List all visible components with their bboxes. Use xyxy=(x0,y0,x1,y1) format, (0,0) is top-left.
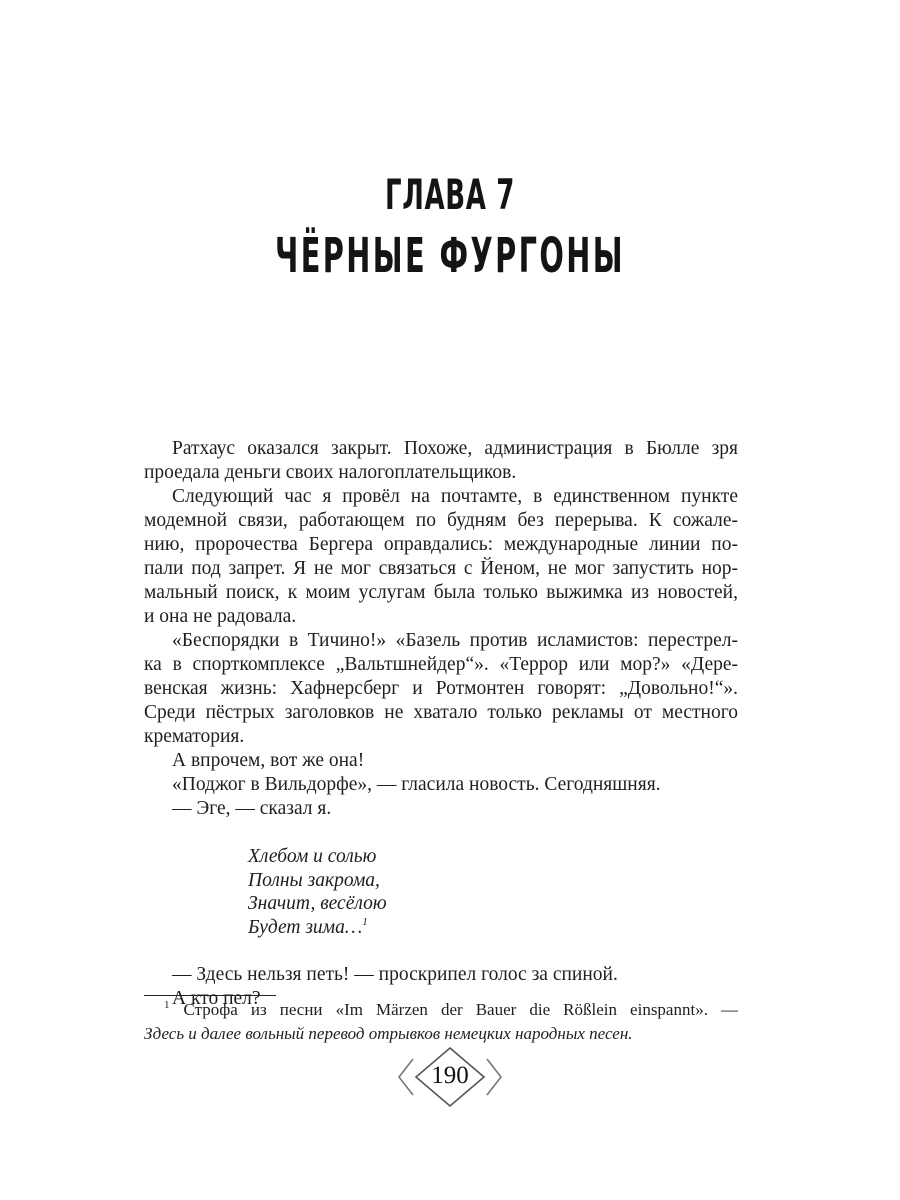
page-number-ornament: 190 xyxy=(396,1046,504,1108)
paragraph-line: нию, пророчества Бергера оправдались: ме… xyxy=(144,533,738,557)
body-text: Ратхаус оказался закрыт. Похоже, админис… xyxy=(144,437,738,1011)
paragraph-line: пали под запрет. Я не мог связаться с Йе… xyxy=(144,557,738,581)
page-number: 190 xyxy=(396,1060,504,1092)
paragraph-line: Ратхаус оказался закрыт. Похоже, админис… xyxy=(144,437,738,461)
paragraph-line: Следующий час я провёл на почтамте, в ед… xyxy=(144,485,738,509)
paragraph-line: и она не радовала. xyxy=(144,605,738,629)
chapter-title: Чёрные фургоны xyxy=(180,228,720,284)
footnote-divider xyxy=(144,995,276,996)
paragraph-line: Среди пёстрых заголовков не хватало толь… xyxy=(144,701,738,725)
paragraph-line: «Беспорядки в Тичино!» «Базель против ис… xyxy=(144,629,738,653)
paragraph-line: А впрочем, вот же она! xyxy=(144,749,738,773)
footnote-line: 1Строфа из песни «Im Märzen der Bauer di… xyxy=(144,998,738,1022)
footnote: 1Строфа из песни «Im Märzen der Bauer di… xyxy=(144,998,738,1046)
footnote-mark: 1 xyxy=(164,999,170,1011)
paragraph-line: — Эге, — сказал я. xyxy=(144,797,738,821)
poem-line: Будет зима…1 xyxy=(248,916,738,940)
paragraph-line: венская жизнь: Хафнерсберг и Ротмонтен г… xyxy=(144,677,738,701)
paragraph-line: — Здесь нельзя петь! — проскрипел голос … xyxy=(144,963,738,987)
footnote-reference[interactable]: 1 xyxy=(362,916,368,928)
paragraph-line: проедала деньги своих налогоплательщиков… xyxy=(144,461,738,485)
book-page: Глава 7 Чёрные фургоны Ратхаус оказался … xyxy=(0,0,900,1200)
poem-line: Значит, весёлою xyxy=(248,892,738,916)
poem-line-text: Будет зима… xyxy=(248,917,362,938)
chapter-number: Глава 7 xyxy=(171,170,729,220)
poem-line: Хлебом и солью xyxy=(248,845,738,869)
poem-line: Полны закрома, xyxy=(248,869,738,893)
paragraph-line: ка в спорткомплексе „Вальтшнейдер“». «Те… xyxy=(144,653,738,677)
footnote-text: Строфа из песни «Im Märzen der Bauer die… xyxy=(184,1000,739,1019)
paragraph-line: модемной связи, работающем по будням без… xyxy=(144,509,738,533)
paragraph-line: «Поджог в Вильдорфе», — гласила новость.… xyxy=(144,773,738,797)
poem-stanza: Хлебом и солью Полны закрома, Значит, ве… xyxy=(144,845,738,939)
footnote-line: Здесь и далее вольный перевод отрывков н… xyxy=(144,1022,738,1046)
paragraph-line: крематория. xyxy=(144,725,738,749)
paragraph-line: мальный поиск, к моим услугам была тольк… xyxy=(144,581,738,605)
